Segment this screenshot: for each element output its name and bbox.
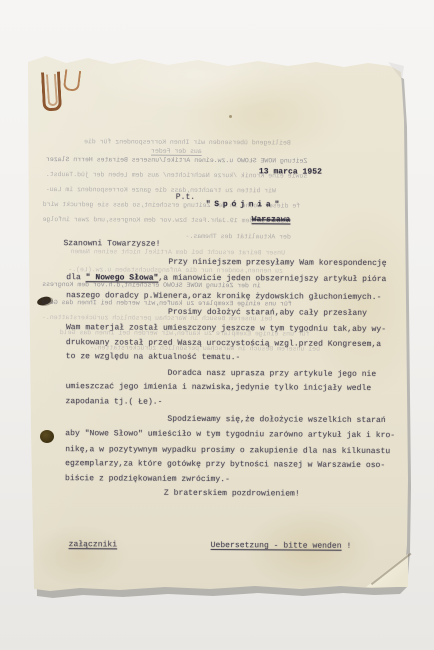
body-line: drukowany został przed Waszą uroczystośc… [66, 338, 381, 350]
letter-text-layer: Beiliegend übersenden wir Ihnen Korrespo… [0, 0, 434, 650]
ghost-line: Wir bitten zu trachten,dass die ganze Ko… [46, 186, 276, 195]
body-line: to ze względu na aktualność tematu.- [66, 352, 241, 363]
emphasized-title: " Nowego Słowa" [86, 273, 159, 282]
body-line: naszego doradcy p.Wienera,oraz kronikę ż… [66, 291, 381, 303]
translation-note-exclamation: ! [342, 542, 352, 551]
body-line: egzemplarzy,za które gotówkę przy bytnoś… [65, 459, 385, 471]
addressee-pt: P.t. [176, 193, 195, 203]
body-line: Wam materjał został umieszczony jeszcze … [66, 323, 386, 335]
translation-note: Uebersetzung - bitte wenden ! [211, 541, 352, 552]
closing: Z braterskiem pozdrowieniem! [164, 489, 300, 500]
ghost-line: Zeitung NOWE SŁOWO u.zw.einen Artikel/un… [46, 156, 307, 166]
body-line: Spodziewamy się,że dołożycie wszelkich s… [167, 415, 385, 426]
body-line: Przy niniejszem przesyłamy Wam korespond… [168, 258, 386, 269]
enclosures-label: załączniki [69, 540, 118, 550]
body-line: dla " Nowego Słowa",a mianowicie jeden o… [66, 273, 386, 285]
letter-date: 13 marca 1952 [259, 167, 322, 177]
body-line: nikę,a w pozytywnym wypadku prosimy o za… [65, 445, 390, 457]
body-line: aby "Nowe Słowo" umieściło w tym tygodni… [65, 429, 395, 441]
body-line-post: ,a mianowicie jeden obszerniejszy artyku… [158, 274, 386, 284]
body-line: biście z podziękowaniem zwrócimy.- [65, 474, 230, 485]
body-line: Doradca nasz uprasza przy artykule jego … [168, 369, 377, 380]
scanned-letter-photo: Beiliegend übersenden wir Ihnen Korrespo… [0, 0, 434, 650]
addressee-city: Warszawa [252, 215, 291, 225]
body-line: Prosimy dołożyć starań,aby cały przesłan… [168, 308, 367, 319]
ghost-line: aus der Feder [151, 148, 202, 156]
body-line-pre: dla [66, 273, 85, 282]
body-line: zapodania tj.( Łe).- [65, 397, 162, 408]
ghost-line: Unser Beirat ersucht bei dem Artikel nic… [70, 248, 285, 257]
addressee-org: " S p ó j n i a " [206, 200, 279, 210]
salutation: Szanowni Towarzysze! [63, 239, 160, 250]
translation-note-text: Uebersetzung - bitte wenden [211, 541, 342, 551]
ghost-line: Beiliegend übersenden wir Ihnen Korrespo… [84, 138, 291, 147]
body-line: umieszczać jego imienia i nazwiska,jedyn… [66, 382, 372, 394]
ghost-line: der Aktualität des Themas.- [185, 233, 290, 242]
